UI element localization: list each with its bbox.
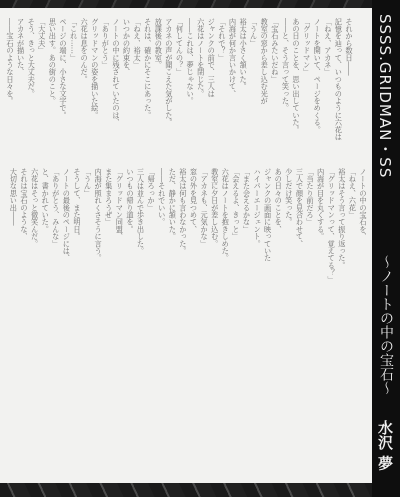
- text-column: 「ねえ、裕太」: [132, 18, 143, 160]
- text-column: 「大丈夫」: [36, 18, 47, 160]
- text-column: 内海が照れくさそうに言う。: [93, 168, 104, 480]
- text-column: 「また会えるかな」: [241, 168, 252, 480]
- text-column: ハイパーエージェント。: [251, 168, 262, 480]
- text-column: 六花は息をのんだ。: [79, 18, 90, 160]
- upper-text-tier: それから数日――記憶を辿って、いつものように六花は「ねえ、アカネ」ノートを開いて…: [4, 18, 354, 160]
- text-column: ――宝石のような日々を。: [4, 18, 15, 160]
- text-column: ノートを開いて、ページをめくる。: [312, 18, 323, 160]
- text-column: ――と、そう言って笑った。: [280, 18, 291, 160]
- lower-text-tier: ノートの中の宝石を、「ねえ、六花」裕太はそう言って振り返った。「グリッドマンって…: [4, 168, 368, 480]
- text-column: ――それでいい。: [156, 168, 167, 480]
- text-column: 窓の外を見つめて、: [188, 168, 199, 480]
- story-subtitle: ～ノートの中の宝石～: [376, 255, 396, 395]
- text-column: 六花はノートを抱きしめた。: [220, 168, 231, 480]
- text-column: 放課後の教室。: [153, 18, 164, 160]
- text-column: グリッドマンの姿を描いた絵。: [89, 18, 100, 160]
- text-column: 少しだけ笑った。: [283, 168, 294, 480]
- text-column: 「それで？」: [216, 18, 227, 160]
- text-column: 裕太は小さく頷いた。: [237, 18, 248, 160]
- text-column: アカネの声が聞こえた気がした。: [163, 18, 174, 160]
- text-column: それから数日――: [343, 18, 354, 160]
- text-column: と、書かれていた。: [40, 168, 51, 480]
- text-column: 「ありがとう」: [100, 18, 111, 160]
- text-column: 裕太はそう言って振り返った。: [336, 168, 347, 480]
- text-column: 「ねえ、六花」: [347, 168, 358, 480]
- text-column: ただ、静かに頷いた。: [167, 168, 178, 480]
- text-column: 「アカネも、元気かな」: [199, 168, 210, 480]
- text-column: 六花はノートを閉じた。: [195, 18, 206, 160]
- text-column: 「グリッドマンって、覚えてる？」: [326, 168, 337, 480]
- text-column: 「帰ろっか」: [146, 168, 157, 480]
- text-column: 内海が目を丸くする。: [315, 168, 326, 480]
- text-column: それは宝石のような、: [18, 168, 29, 480]
- text-column: 記憶を辿って、いつものように六花は: [333, 18, 344, 160]
- text-column: 六花はそっと微笑んだ。: [29, 168, 40, 480]
- text-column: ジャンクの前で、三人は: [206, 18, 217, 160]
- text-column: 裕太は何も言わなかった。: [177, 168, 188, 480]
- text-column: ――これは、夢じゃない。: [185, 18, 196, 160]
- text-column: 「何してんの？」: [174, 18, 185, 160]
- series-title: SSSS.GRIDMAN・SS: [376, 14, 396, 178]
- text-column: いつかの約束を、: [121, 18, 132, 160]
- text-column: 大切な思い出――: [8, 168, 19, 480]
- text-column: それは、確かにそこにあった。: [142, 18, 153, 160]
- text-column: ページの端に、小さな文字で。: [57, 18, 68, 160]
- text-column: ノートの中の宝石を、: [357, 168, 368, 480]
- text-column: 教室の窓から差し込む光が: [259, 18, 270, 160]
- decorative-top-strip: [0, 0, 372, 8]
- text-column: 「ありがとう、みんな」: [50, 168, 61, 480]
- text-column: ジャンクの画面に映っていた: [262, 168, 273, 480]
- text-column: 「うん」: [248, 18, 259, 160]
- text-column: 「ねえ、アカネ」: [322, 18, 333, 160]
- text-column: 思い出す。あの街のこと。: [47, 18, 58, 160]
- text-column: あの日々のことを、: [273, 168, 284, 480]
- text-column: 「グリッドマン」: [301, 18, 312, 160]
- text-column: 「宝石みたいだね」: [269, 18, 280, 160]
- text-column: 「会えるよ、きっと」: [230, 168, 241, 480]
- text-column: ノートの中に残されていたのは、: [110, 18, 121, 160]
- decorative-bottom-strip: [0, 483, 372, 497]
- text-column: 「うん」: [82, 168, 93, 480]
- text-column: そう、きっと大丈夫だ。: [26, 18, 37, 160]
- text-column: 三人で顔を見合わせて、: [294, 168, 305, 480]
- text-column: いつもの帰り道を。: [124, 168, 135, 480]
- text-column: 「これ……」: [68, 18, 79, 160]
- author-name: 水沢 夢: [376, 420, 396, 470]
- text-column: また集まろうぜ」: [103, 168, 114, 480]
- text-column: 内海が何か言いかけて、: [227, 18, 238, 160]
- text-column: アカネが描いた、: [15, 18, 26, 160]
- text-column: そうして、また明日。: [71, 168, 82, 480]
- text-column: 「グリッドマン同盟、: [114, 168, 125, 480]
- text-column: 教室に夕日が差し込む。: [209, 168, 220, 480]
- text-column: あの日のことを、思い出していた。: [290, 18, 301, 160]
- text-column: 「当たり前だろ」: [304, 168, 315, 480]
- text-column: 三人は並んで歩き出した。: [135, 168, 146, 480]
- text-column: ノートの最後のページには、: [61, 168, 72, 480]
